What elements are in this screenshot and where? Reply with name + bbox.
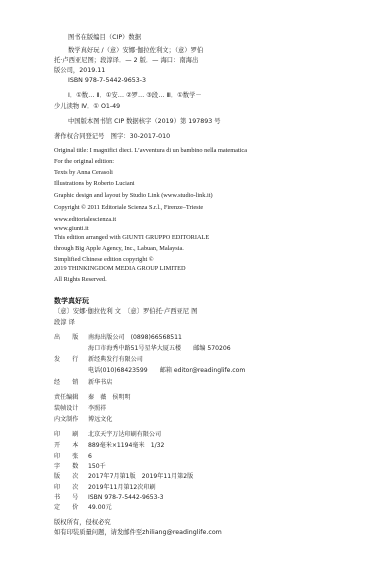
all-rights-reserved: All Rights Reserved. — [54, 277, 107, 283]
distributor-contact: 电话(010)68423599 邮箱 editor@readinglife.co… — [88, 368, 245, 374]
cip-entry-line2: 托·卢西亚尼图；段淳译．— 2 版．— 海口：南海出 — [54, 58, 198, 64]
layout-label: 内文制作 — [54, 417, 88, 423]
cip-entry-line1: 数学真好玩 /（意）安娜·伽拉佐利文；（意）罗伯 — [68, 48, 203, 54]
edition-row: 版 次2017年7月第1版 2019年11月第2版 — [54, 474, 193, 480]
printing-label: 印 次 — [54, 485, 88, 491]
print-row: 印 刷北京天宇万达印刷有限公司 — [54, 432, 161, 438]
publisher-value: 南海出版公司 (0898)66568511 — [88, 335, 182, 341]
isbn-value: ISBN 978-7-5442-9653-3 — [88, 495, 164, 501]
price-row: 定 价49.00元 — [54, 505, 112, 511]
edition-value: 2017年7月第1版 2019年11月第2版 — [88, 474, 193, 480]
rights-notice: 版权所有，侵权必究 — [54, 520, 111, 526]
edition-label: 版 次 — [54, 474, 88, 480]
cip-class-line2: 少儿读物 Ⅳ．① O1-49 — [54, 104, 120, 110]
distributor-label: 发 行 — [54, 357, 88, 363]
words-label: 字 数 — [54, 464, 88, 470]
isbn-label: 书 号 — [54, 495, 88, 501]
original-copyright: Copyright © 2011 Editoriale Scienza S.r.… — [54, 205, 203, 211]
publisher-address-row: 海口市海秀中路51号星华大厦五楼 邮编 570206 — [54, 346, 231, 352]
format-label: 开 本 — [54, 443, 88, 449]
price-label: 定 价 — [54, 505, 88, 511]
original-title: Original title: I magnifici dieci. L’avv… — [54, 148, 247, 154]
original-edition-label: For the original edition: — [54, 159, 114, 165]
book-credits: 〔意〕安娜·伽拉佐利 文 〔意〕罗伯托·卢西亚尼 图 — [54, 309, 197, 315]
thinkingdom-copyright: 2019 THINKINGDOM MEDIA GROUP LIMITED — [54, 266, 186, 272]
copyright-registration: 著作权合同登记号 图字：30-2017-010 — [54, 134, 170, 140]
editor-value: 秦 薇 侯明明 — [88, 395, 131, 401]
seller-row: 经 销新华书店 — [54, 380, 112, 386]
design-row: 装帧设计李照祥 — [54, 406, 106, 412]
agency-line: through Big Apple Agency, Inc., Labuan, … — [54, 246, 184, 252]
design-label: 装帧设计 — [54, 406, 88, 412]
sheets-value: 6 — [88, 454, 92, 460]
format-row: 开 本889毫米×1194毫米 1/32 — [54, 443, 164, 449]
printing-row: 印 次2019年11月第12次印刷 — [54, 485, 156, 491]
editor-row: 责任编辑秦 薇 侯明明 — [54, 395, 131, 401]
quality-notice: 如有印装质量问题，请发邮件至zhiliang@readinglife.com — [54, 530, 222, 536]
cip-record-number: 中国版本图书馆 CIP 数据核字（2019）第 197893 号 — [68, 119, 221, 125]
graphic-design-by: Graphic design and layout by Studio Link… — [54, 193, 213, 199]
printing-value: 2019年11月第12次印刷 — [88, 485, 156, 491]
publisher-label: 出 版 — [54, 335, 88, 341]
cip-class-line1: Ⅰ．①数… Ⅱ．①安… ②罗… ③段… Ⅲ．①数学－ — [68, 93, 202, 99]
publisher-address: 海口市海秀中路51号星华大厦五楼 邮编 570206 — [88, 346, 231, 352]
illustrations-by: Illustrations by Roberto Luciani — [54, 181, 135, 187]
design-value: 李照祥 — [88, 406, 106, 412]
book-translator: 段淳 译 — [54, 320, 75, 326]
website-giunti: www.giunti.it — [54, 226, 89, 232]
distributor-row: 发 行新经典发行有限公司 — [54, 357, 143, 363]
words-value: 150千 — [88, 464, 106, 470]
edition-arranged: This edition arranged with GIUNTI GRUPPO… — [54, 235, 209, 241]
cip-isbn: ISBN 978-7-5442-9653-3 — [68, 78, 146, 84]
publisher-row: 出 版南海出版公司 (0898)66568511 — [54, 335, 182, 341]
print-label: 印 刷 — [54, 432, 88, 438]
seller-value: 新华书店 — [88, 380, 112, 386]
seller-label: 经 销 — [54, 380, 88, 386]
website-editorialescienza: www.editorialescienza.it — [54, 217, 116, 223]
layout-row: 内文制作博远文化 — [54, 417, 112, 423]
editor-label: 责任编辑 — [54, 395, 88, 401]
simplified-chinese-copyright: Simplified Chinese edition copyright © — [54, 257, 154, 263]
cip-entry-line3: 版公司，2019.11 — [54, 68, 105, 74]
isbn-row: 书 号ISBN 978-7-5442-9653-3 — [54, 495, 164, 501]
texts-by: Texts by Anna Cerasoli — [54, 170, 113, 176]
words-row: 字 数150千 — [54, 464, 106, 470]
book-title: 数学真好玩 — [54, 298, 89, 305]
print-value: 北京天宇万达印刷有限公司 — [88, 432, 161, 438]
distributor-value: 新经典发行有限公司 — [88, 357, 143, 363]
distributor-contact-row: 电话(010)68423599 邮箱 editor@readinglife.co… — [54, 368, 245, 374]
sheets-label: 印 张 — [54, 454, 88, 460]
layout-value: 博远文化 — [88, 417, 112, 423]
sheets-row: 印 张6 — [54, 454, 92, 460]
format-value: 889毫米×1194毫米 1/32 — [88, 443, 164, 449]
price-value: 49.00元 — [88, 505, 112, 511]
cip-heading: 图书在版编目（CIP）数据 — [68, 35, 141, 41]
